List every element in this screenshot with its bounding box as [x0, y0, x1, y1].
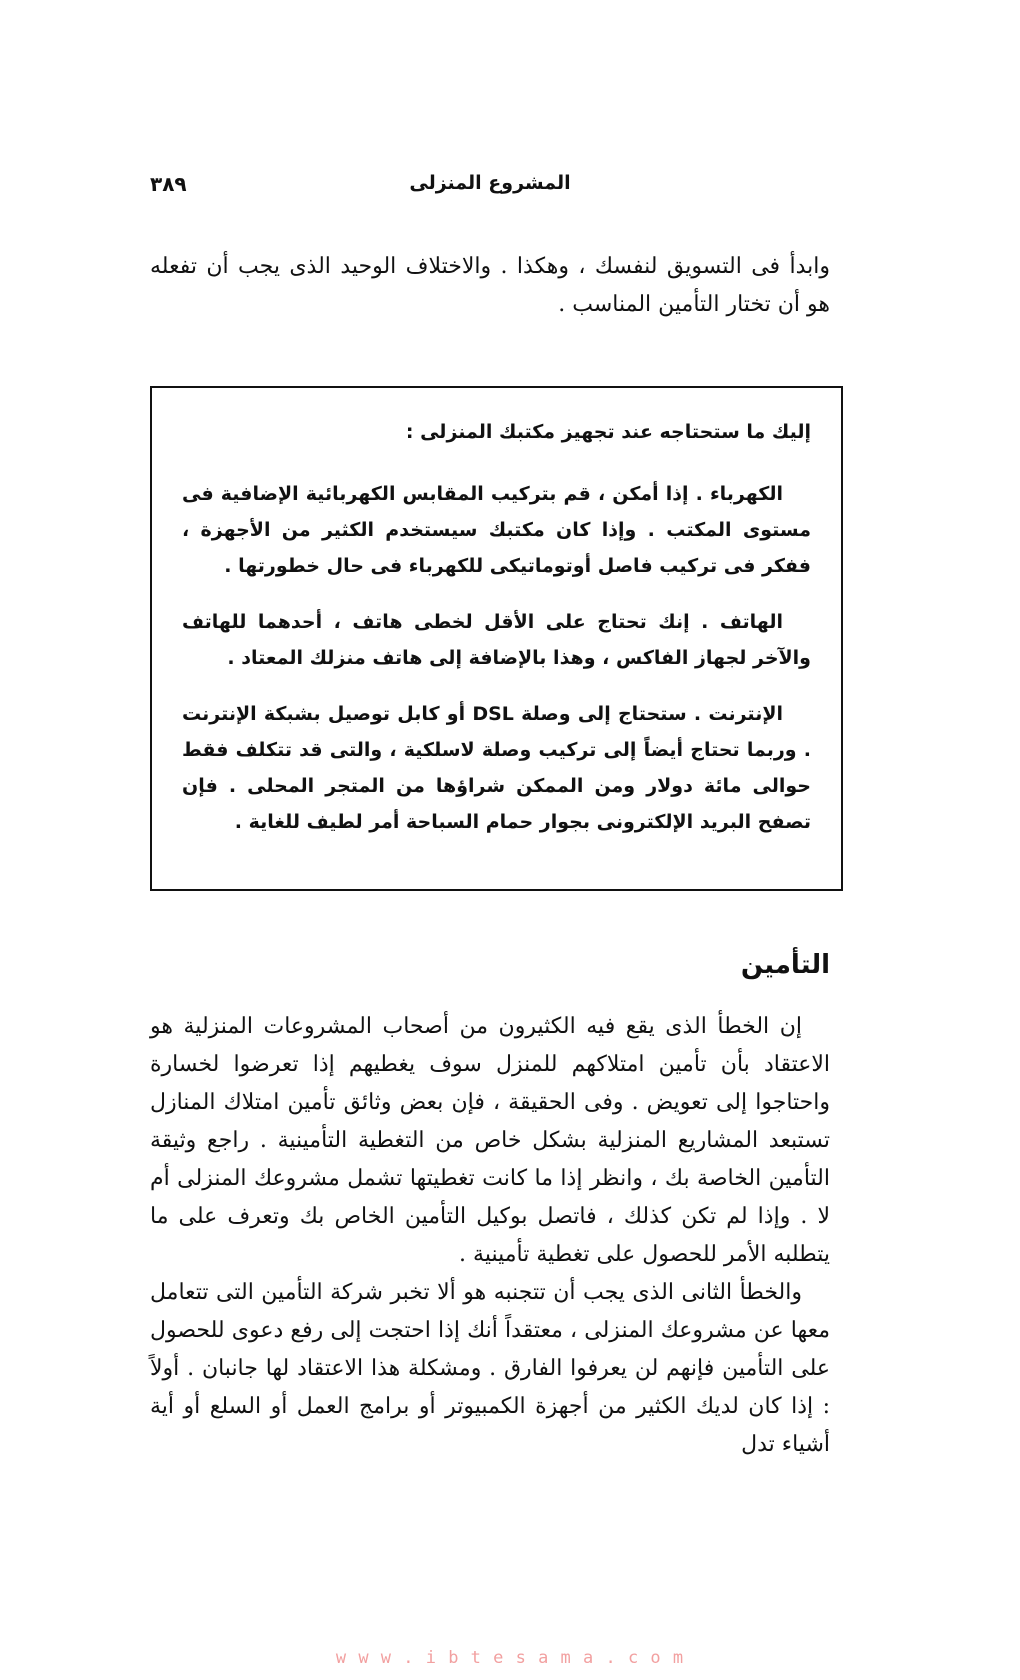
page-number: ٣٨٩ — [150, 172, 187, 196]
sidebar-item-internet: الإنترنت . ستحتاج إلى وصلة DSL أو كابل ت… — [182, 696, 811, 840]
page-header: المشروع المنزلى ٣٨٩ — [150, 172, 830, 212]
section-paragraph: إن الخطأ الذى يقع فيه الكثيرون من أصحاب … — [150, 1008, 830, 1274]
section-heading: التأمين — [741, 950, 830, 980]
sidebar-item-electricity: الكهرباء . إذا أمكن ، قم بتركيب المقابس … — [182, 476, 811, 584]
watermark: w w w . i b t e s a m a . c o m — [0, 1648, 1020, 1668]
sidebar-box: إليك ما ستحتاجه عند تجهيز مكتبك المنزلى … — [150, 386, 843, 891]
section-paragraph: والخطأ الثانى الذى يجب أن تتجنبه هو ألا … — [150, 1274, 830, 1464]
sidebar-box-content: إليك ما ستحتاجه عند تجهيز مكتبك المنزلى … — [182, 414, 811, 840]
running-head: المشروع المنزلى — [150, 172, 830, 194]
book-page: المشروع المنزلى ٣٨٩ وابدأ فى التسويق لنف… — [0, 0, 1020, 1680]
sidebar-box-title: إليك ما ستحتاجه عند تجهيز مكتبك المنزلى … — [182, 414, 811, 450]
intro-paragraph: وابدأ فى التسويق لنفسك ، وهكذا . والاختل… — [150, 248, 830, 324]
intro-text: وابدأ فى التسويق لنفسك ، وهكذا . والاختل… — [150, 248, 830, 324]
sidebar-item-phone: الهاتف . إنك تحتاج على الأقل لخطى هاتف ،… — [182, 604, 811, 676]
section-body: إن الخطأ الذى يقع فيه الكثيرون من أصحاب … — [150, 1008, 830, 1464]
